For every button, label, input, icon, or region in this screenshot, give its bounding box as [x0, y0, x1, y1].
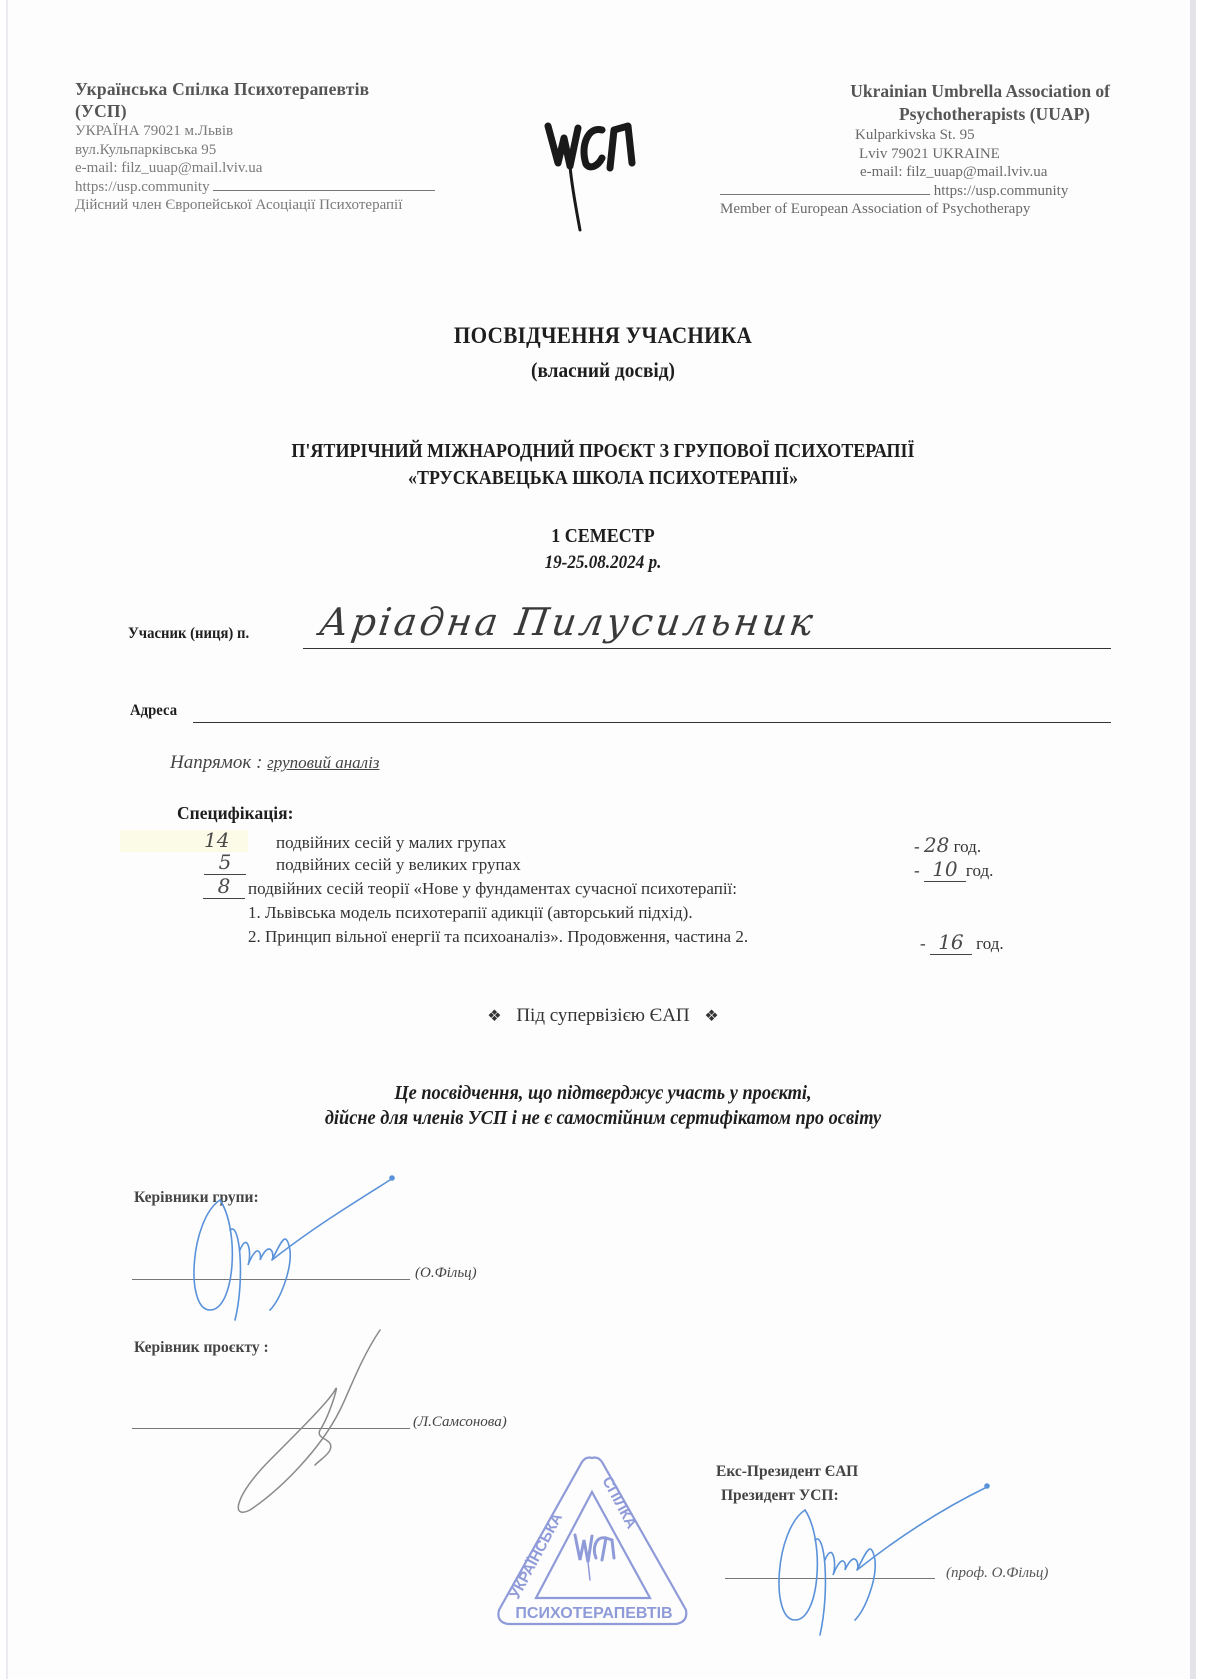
spec-row-3-count: 8: [203, 874, 247, 899]
org-abbr-ua: (УСП): [75, 100, 495, 122]
specification-title: Специфікація:: [177, 803, 293, 824]
svg-text:ПСИХОТЕРАПЕВТІВ: ПСИХОТЕРАПЕВТІВ: [515, 1605, 672, 1622]
address-field: [193, 722, 1111, 723]
participant-label: Учасник (ниця) п.: [128, 625, 249, 643]
spec-row-2-hours: - 10год.: [914, 857, 993, 882]
address-en-1: Kulparkivska St. 95: [715, 126, 1110, 145]
header-right: Ukrainian Umbrella Association of Psycho…: [715, 80, 1110, 219]
org-name-ua: Українська Спілка Психотерапевтів: [75, 78, 495, 100]
signature-filts-icon: [180, 1160, 400, 1330]
project-title-line2: «ТРУСКАВЕЦЬКА ШКОЛА ПСИХОТЕРАПІЇ»: [60, 467, 1145, 490]
diamond-ornament-icon: ❖: [704, 1008, 718, 1025]
group-leaders-name: (О.Фільц): [415, 1265, 477, 1282]
semester-dates: 19-25.08.2024 р.: [60, 552, 1145, 574]
direction: Напрямок : груповий аналіз: [170, 752, 379, 774]
semester: 1 СЕМЕСТР: [60, 525, 1145, 548]
address-ua-2: вул.Кульпарківська 95: [75, 141, 495, 160]
spec-row-1-text: подвійних сесій у малих групах: [276, 833, 506, 853]
spec-row-3-hours: - 16 год.: [920, 930, 1004, 955]
diamond-ornament-icon: ❖: [487, 1008, 501, 1025]
spec-row-1-count: 14: [204, 828, 252, 852]
svg-text:СПІЛКА: СПІЛКА: [598, 1474, 640, 1532]
theory-item-1: 1. Львівська модель психотерапії адикції…: [248, 903, 693, 923]
participant-name-handwritten: Аріадна Пилусильник: [317, 600, 819, 644]
address-ua-1: УКРАЇНА 79021 м.Львів: [75, 122, 495, 141]
membership-en: Member of European Association of Psycho…: [715, 200, 1110, 219]
header-rule-left: [213, 189, 435, 191]
project-title-line1: П'ЯТИРІЧНИЙ МІЖНАРОДНИЙ ПРОЄКТ З ГРУПОВО…: [60, 440, 1145, 463]
email-en: e-mail: filz_uuap@mail.lviv.ua: [715, 163, 1110, 182]
supervision-text: Під супервізією ЄАП: [516, 1005, 689, 1026]
address-label: Адреса: [130, 702, 177, 720]
website-en: https://usp.community: [934, 183, 1069, 199]
org-abbr-en: Psychotherapists (UUAP): [715, 103, 1110, 126]
participant-underline: [303, 648, 1111, 649]
spec-row-3-text: подвійних сесій теорії «Нове у фундамент…: [248, 879, 737, 899]
supervision-line: ❖ Під супервізією ЄАП ❖: [0, 1005, 1206, 1027]
direction-value: груповий аналіз: [267, 753, 379, 772]
notice-line2: дійсне для членів УСП і не є самостійним…: [36, 1108, 1170, 1130]
signature-samsonova-icon: [210, 1320, 410, 1520]
org-name-en: Ukrainian Umbrella Association of: [715, 80, 1110, 103]
direction-label: Напрямок :: [170, 752, 262, 773]
website-ua: https://usp.community: [75, 179, 210, 195]
usp-logo-icon: [540, 108, 650, 238]
organization-stamp-icon: УКРАЇНСЬКА СПІЛКА ПСИХОТЕРАПЕВТІВ: [490, 1440, 695, 1640]
spec-row-2-count: 5: [204, 850, 252, 875]
spec-row-2-text: подвійних сесій у великих групах: [276, 855, 521, 875]
address-en-2: Lviv 79021 UKRAINE: [715, 145, 1110, 164]
document-title: ПОСВІДЧЕННЯ УЧАСНИКА: [48, 323, 1158, 349]
header-left: Українська Спілка Психотерапевтів (УСП) …: [75, 78, 495, 215]
theory-item-2: 2. Принцип вільної енергії та психоаналі…: [248, 927, 748, 947]
signature-president-icon: [765, 1470, 995, 1640]
email-ua: e-mail: filz_uuap@mail.lviv.ua: [75, 159, 495, 178]
header-rule-right: [720, 193, 930, 195]
spec-row-1-hours: - 28 год.: [914, 833, 981, 857]
membership-ua: Дійсний член Європейської Асоціації Псих…: [75, 196, 495, 215]
notice-line1: Це посвідчення, що підтверджує участь у …: [36, 1083, 1170, 1105]
document-subtitle: (власний досвід): [48, 358, 1158, 383]
project-leader-name: (Л.Самсонова): [413, 1414, 507, 1431]
